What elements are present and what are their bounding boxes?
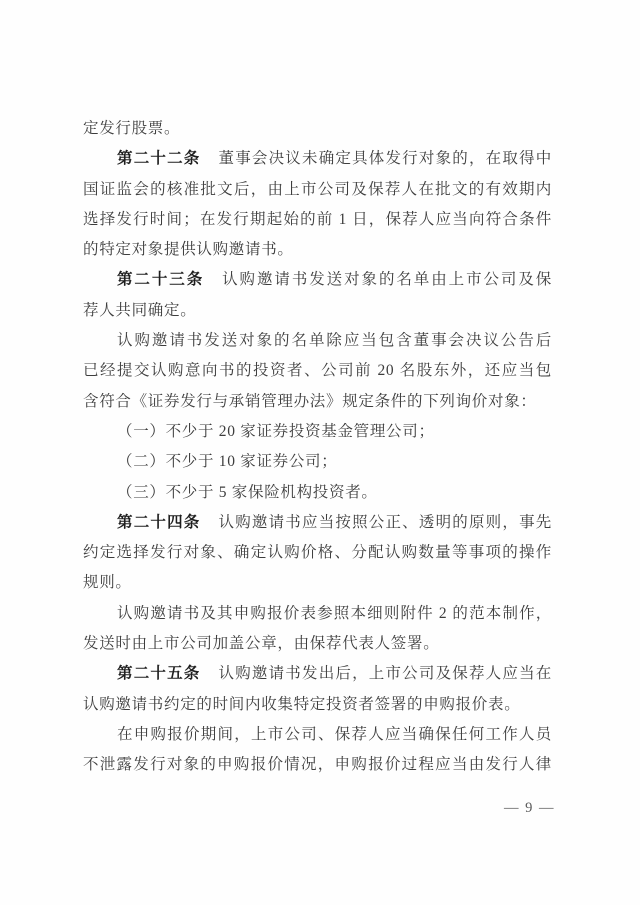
document-body: 定发行股票。 第二十二条董事会决议未确定具体发行对象的，在取得中 国证监会的核准… (83, 114, 552, 781)
article-line: 第二十五条认购邀请书发出后，上市公司及保荐人应当在 (83, 659, 552, 689)
line-text: 的特定对象提供认购邀请书。 (83, 241, 294, 258)
line-text: 认购邀请书应当按照公正、透明的原则，事先 (219, 514, 552, 531)
article-line: 第二十四条认购邀请书应当按照公正、透明的原则，事先 (83, 508, 552, 538)
text-line: 在申购报价期间，上市公司、保荐人应当确保任何工作人员 (83, 720, 552, 750)
article-number: 第二十五条 (117, 665, 201, 682)
text-line: 含符合《证券发行与承销管理办法》规定条件的下列询价对象： (83, 387, 552, 417)
line-text: 规则。 (83, 574, 132, 591)
line-text: 不泄露发行对象的申购报价情况，申购报价过程应当由发行人律 (83, 756, 552, 773)
line-text: （一）不少于 20 家证券投资基金管理公司； (117, 423, 435, 440)
text-line: 发送时由上市公司加盖公章，由保荐代表人签署。 (83, 629, 552, 659)
line-text: （三）不少于 5 家保险机构投资者。 (117, 484, 378, 501)
line-text: 发送时由上市公司加盖公章，由保荐代表人签署。 (83, 635, 439, 652)
text-line: 选择发行时间；在发行期起始的前 1 日，保荐人应当向符合条件 (83, 205, 552, 235)
text-line: 国证监会的核准批文后，由上市公司及保荐人在批文的有效期内 (83, 175, 552, 205)
text-line: 规则。 (83, 568, 552, 598)
line-text: 选择发行时间；在发行期起始的前 1 日，保荐人应当向符合条件 (83, 211, 552, 228)
line-text: 董事会决议未确定具体发行对象的，在取得中 (219, 150, 552, 167)
text-line: 认购邀请书约定的时间内收集特定投资者签署的申购报价表。 (83, 690, 552, 720)
line-text: 在申购报价期间，上市公司、保荐人应当确保任何工作人员 (117, 726, 552, 743)
text-line: 已经提交认购意向书的投资者、公司前 20 名股东外，还应当包 (83, 356, 552, 386)
line-text: 国证监会的核准批文后，由上市公司及保荐人在批文的有效期内 (83, 181, 552, 198)
text-line: 的特定对象提供认购邀请书。 (83, 235, 552, 265)
article-number: 第二十三条 (117, 271, 204, 288)
text-line: 定发行股票。 (83, 114, 552, 144)
text-line: 认购邀请书及其申购报价表参照本细则附件 2 的范本制作， (83, 599, 552, 629)
list-item-line: （一）不少于 20 家证券投资基金管理公司； (83, 417, 552, 447)
text-line: 不泄露发行对象的申购报价情况，申购报价过程应当由发行人律 (83, 750, 552, 780)
line-text: 认购邀请书及其申购报价表参照本细则附件 2 的范本制作， (117, 605, 552, 622)
article-number: 第二十二条 (117, 150, 201, 167)
line-text: （二）不少于 10 家证券公司； (117, 453, 337, 470)
line-text: 约定选择发行对象、确定认购价格、分配认购数量等事项的操作 (83, 544, 552, 561)
article-number: 第二十四条 (117, 514, 201, 531)
line-text: 认购邀请书约定的时间内收集特定投资者签署的申购报价表。 (83, 696, 520, 713)
text-line: 约定选择发行对象、确定认购价格、分配认购数量等事项的操作 (83, 538, 552, 568)
line-text: 定发行股票。 (83, 120, 180, 137)
line-text: 荐人共同确定。 (83, 302, 196, 319)
line-text: 已经提交认购意向书的投资者、公司前 20 名股东外，还应当包 (83, 362, 552, 379)
article-line: 第二十二条董事会决议未确定具体发行对象的，在取得中 (83, 144, 552, 174)
line-text: 认购邀请书发出后，上市公司及保荐人应当在 (219, 665, 552, 682)
line-text: 认购邀请书发送对象的名单除应当包含董事会决议公告后 (117, 332, 552, 349)
text-line: 荐人共同确定。 (83, 296, 552, 326)
page-number: — 9 — (504, 800, 555, 817)
document-page: 定发行股票。 第二十二条董事会决议未确定具体发行对象的，在取得中 国证监会的核准… (0, 0, 640, 905)
line-text: 认购邀请书发送对象的名单由上市公司及保 (222, 271, 552, 288)
text-line: 认购邀请书发送对象的名单除应当包含董事会决议公告后 (83, 326, 552, 356)
line-text: 含符合《证券发行与承销管理办法》规定条件的下列询价对象： (83, 393, 537, 410)
article-line: 第二十三条认购邀请书发送对象的名单由上市公司及保 (83, 265, 552, 295)
list-item-line: （二）不少于 10 家证券公司； (83, 447, 552, 477)
list-item-line: （三）不少于 5 家保险机构投资者。 (83, 478, 552, 508)
